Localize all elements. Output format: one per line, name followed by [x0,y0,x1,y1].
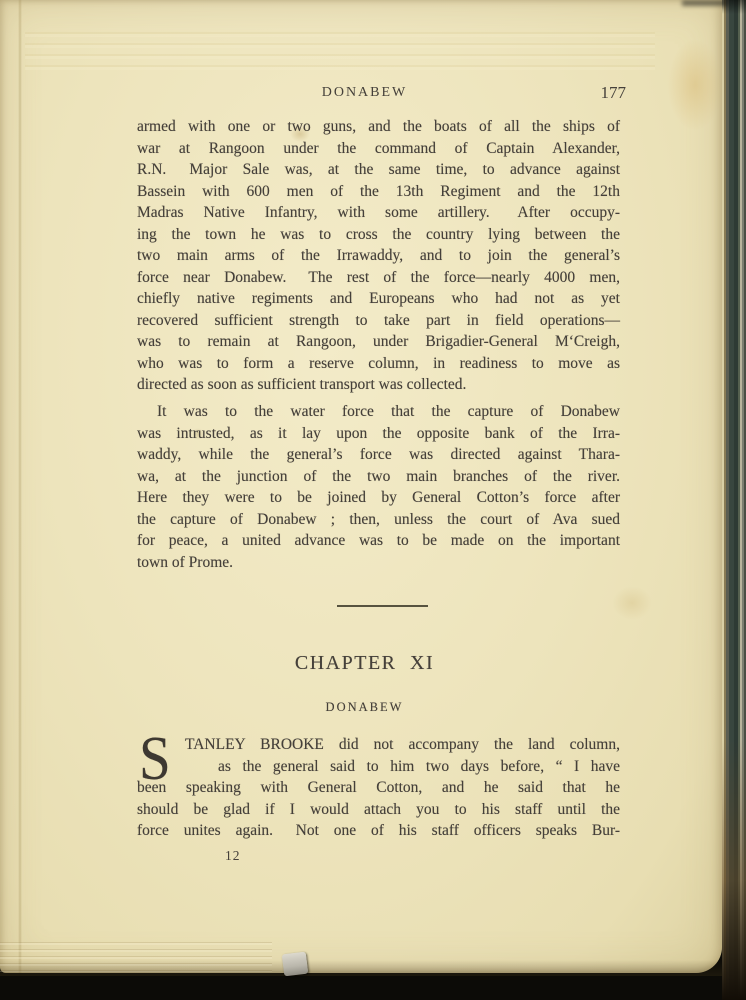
text-line: wa, at the junction of the two main bran… [137,466,620,488]
text-line: war at Rangoon under the command of Capt… [137,138,620,160]
text-line: force near Donabew. The rest of the forc… [137,267,620,289]
scanned-book-photo: DONABEW 177 armed with one or two guns, … [0,0,746,1000]
page-bottom-shadow [0,960,722,976]
text-line: armed with one or two guns, and the boat… [137,116,620,138]
text-line: should be glad if I would attach you to … [137,799,620,821]
body-paragraph: It was to the water force that the captu… [137,401,620,573]
section-break-rule [337,605,428,607]
text-line: force unites again. Not one of his staff… [137,820,620,842]
text-line: waddy, while the general’s force was dir… [137,444,620,466]
text-line: town of Prome. [137,552,620,574]
drop-cap: S [139,735,171,783]
page-crease [18,0,22,973]
text-line: directed as soon as sufficient transport… [137,374,620,396]
text-line: as the general said to him two days befo… [137,756,620,778]
page-edge-banding [25,26,655,72]
book-cover-edge [722,0,746,1000]
text-line: was to remain at Rangoon, under Brigadie… [137,331,620,353]
text-line: Here they were to be joined by General C… [137,487,620,509]
text-line: ing the town he was to cross the country… [137,224,620,246]
body-paragraph: armed with one or two guns, and the boat… [137,116,620,396]
text-line: the capture of Donabew ; then, unless th… [137,509,620,531]
text-line: for peace, a united advance was to be ma… [137,530,620,552]
page-number: 177 [580,84,626,102]
text-line: Bassein with 600 men of the 13th Regimen… [137,181,620,203]
chapter-subheading: DONABEW [137,700,592,714]
text-line: been speaking with General Cotton, and h… [137,777,620,799]
text-line: was intrusted, as it lay upon the opposi… [137,423,620,445]
paper-stain [612,586,652,620]
chapter-paragraph-lines: TANLEY BROOKE did not accompany the land… [137,734,620,842]
text-line: TANLEY BROOKE did not accompany the land… [137,734,620,756]
running-head-title: DONABEW [137,85,592,101]
signature-mark: 12 [225,848,241,864]
text-line: recovered sufficient strength to take pa… [137,310,620,332]
text-line: Madras Native Infantry, with some artill… [137,202,620,224]
running-head: DONABEW [137,85,620,105]
text-line: chiefly native regiments and Europeans w… [137,288,620,310]
paper-stain [668,40,722,130]
text-line: It was to the water force that the captu… [137,401,620,423]
chapter-paragraph: S TANLEY BROOKE did not accompany the la… [137,734,620,842]
binding-shadow [682,0,728,6]
text-line: who was to form a reserve column, in rea… [137,353,620,375]
text-line: R.N. Major Sale was, at the same time, t… [137,159,620,181]
page-clip [282,952,309,977]
text-line: two main arms of the Irrawaddy, and to j… [137,245,620,267]
book-page: DONABEW 177 armed with one or two guns, … [0,0,722,973]
chapter-heading: CHAPTER XI [137,652,592,674]
